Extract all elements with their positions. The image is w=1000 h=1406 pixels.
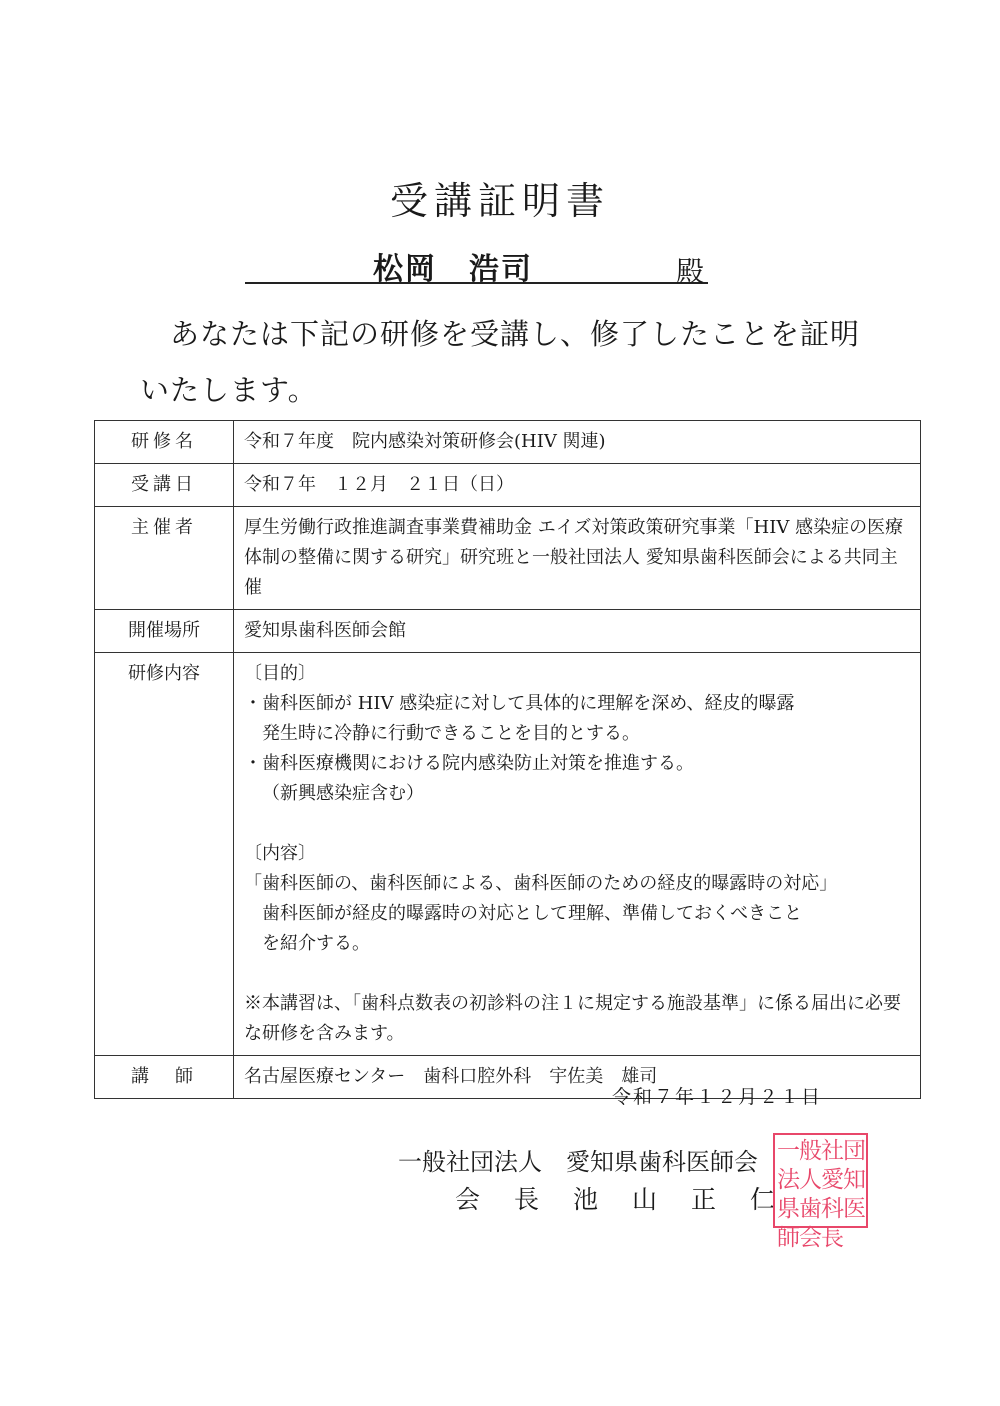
row-label: 研修内容 — [95, 653, 234, 1056]
row-label: 受講日 — [95, 464, 234, 507]
president-name: 会長池山正仁 — [455, 1180, 809, 1216]
document-title: 受講証明書 — [0, 170, 1000, 225]
note: ※本講習は、「歯科点数表の初診料の注１に規定する施設基準」に係る届出に必要な研修… — [244, 989, 910, 1049]
issue-date: 令和７年１２月２１日 — [612, 1082, 822, 1109]
row-value: 令和７年度 院内感染対策研修会(HIV 関連) — [234, 421, 921, 464]
row-label: 開催場所 — [95, 610, 234, 653]
course-info-table: 研修名 令和７年度 院内感染対策研修会(HIV 関連) 受講日 令和７年 １２月… — [94, 420, 921, 1099]
purpose-item: ・歯科医療機関における院内感染防止対策を推進する。 — [244, 749, 910, 779]
row-value: 令和７年 １２月 ２１日（日） — [234, 464, 921, 507]
lead-text-line2: いたします。 — [140, 368, 318, 409]
recipient-line: 松岡 浩司 殿 — [245, 240, 708, 284]
table-row: 開催場所 愛知県歯科医師会館 — [95, 610, 921, 653]
table-row: 研修内容 〔目的〕 ・歯科医師が HIV 感染症に対して具体的に理解を深め、経皮… — [95, 653, 921, 1056]
row-label: 講 師 — [95, 1056, 234, 1099]
purpose-item-cont: （新興感染症含む） — [244, 779, 910, 809]
row-value: 厚生労働行政推進調査事業費補助金 エイズ対策政策研究事業「HIV 感染症の医療体… — [234, 507, 921, 610]
row-value: 愛知県歯科医師会館 — [234, 610, 921, 653]
purpose-item-cont: 発生時に冷静に行動できることを目的とする。 — [244, 719, 910, 749]
table-row: 研修名 令和７年度 院内感染対策研修会(HIV 関連) — [95, 421, 921, 464]
content-heading: 〔内容〕 — [244, 839, 910, 869]
row-label: 主催者 — [95, 507, 234, 610]
table-row: 受講日 令和７年 １２月 ２１日（日） — [95, 464, 921, 507]
recipient-honorific: 殿 — [676, 250, 704, 290]
organization-name: 一般社団法人 愛知県歯科医師会 — [398, 1142, 758, 1177]
purpose-heading: 〔目的〕 — [244, 659, 910, 689]
official-seal-stamp: 一般社団法人愛知県歯科医師会長 — [773, 1133, 868, 1228]
purpose-item: ・歯科医師が HIV 感染症に対して具体的に理解を深め、経皮的曝露 — [244, 689, 910, 719]
row-label: 研修名 — [95, 421, 234, 464]
content-line: を紹介する。 — [244, 929, 910, 959]
content-line: 歯科医師が経皮的曝露時の対応として理解、準備しておくべきこと — [244, 899, 910, 929]
content-line: 「歯科医師の、歯科医師による、歯科医師のための経皮的曝露時の対応」 — [244, 869, 910, 899]
row-value-content: 〔目的〕 ・歯科医師が HIV 感染症に対して具体的に理解を深め、経皮的曝露 発… — [234, 653, 921, 1056]
recipient-name: 松岡 浩司 — [373, 244, 533, 288]
lead-text-line1: あなたは下記の研修を受講し、修了したことを証明 — [170, 312, 860, 353]
table-row: 主催者 厚生労働行政推進調査事業費補助金 エイズ対策政策研究事業「HIV 感染症… — [95, 507, 921, 610]
